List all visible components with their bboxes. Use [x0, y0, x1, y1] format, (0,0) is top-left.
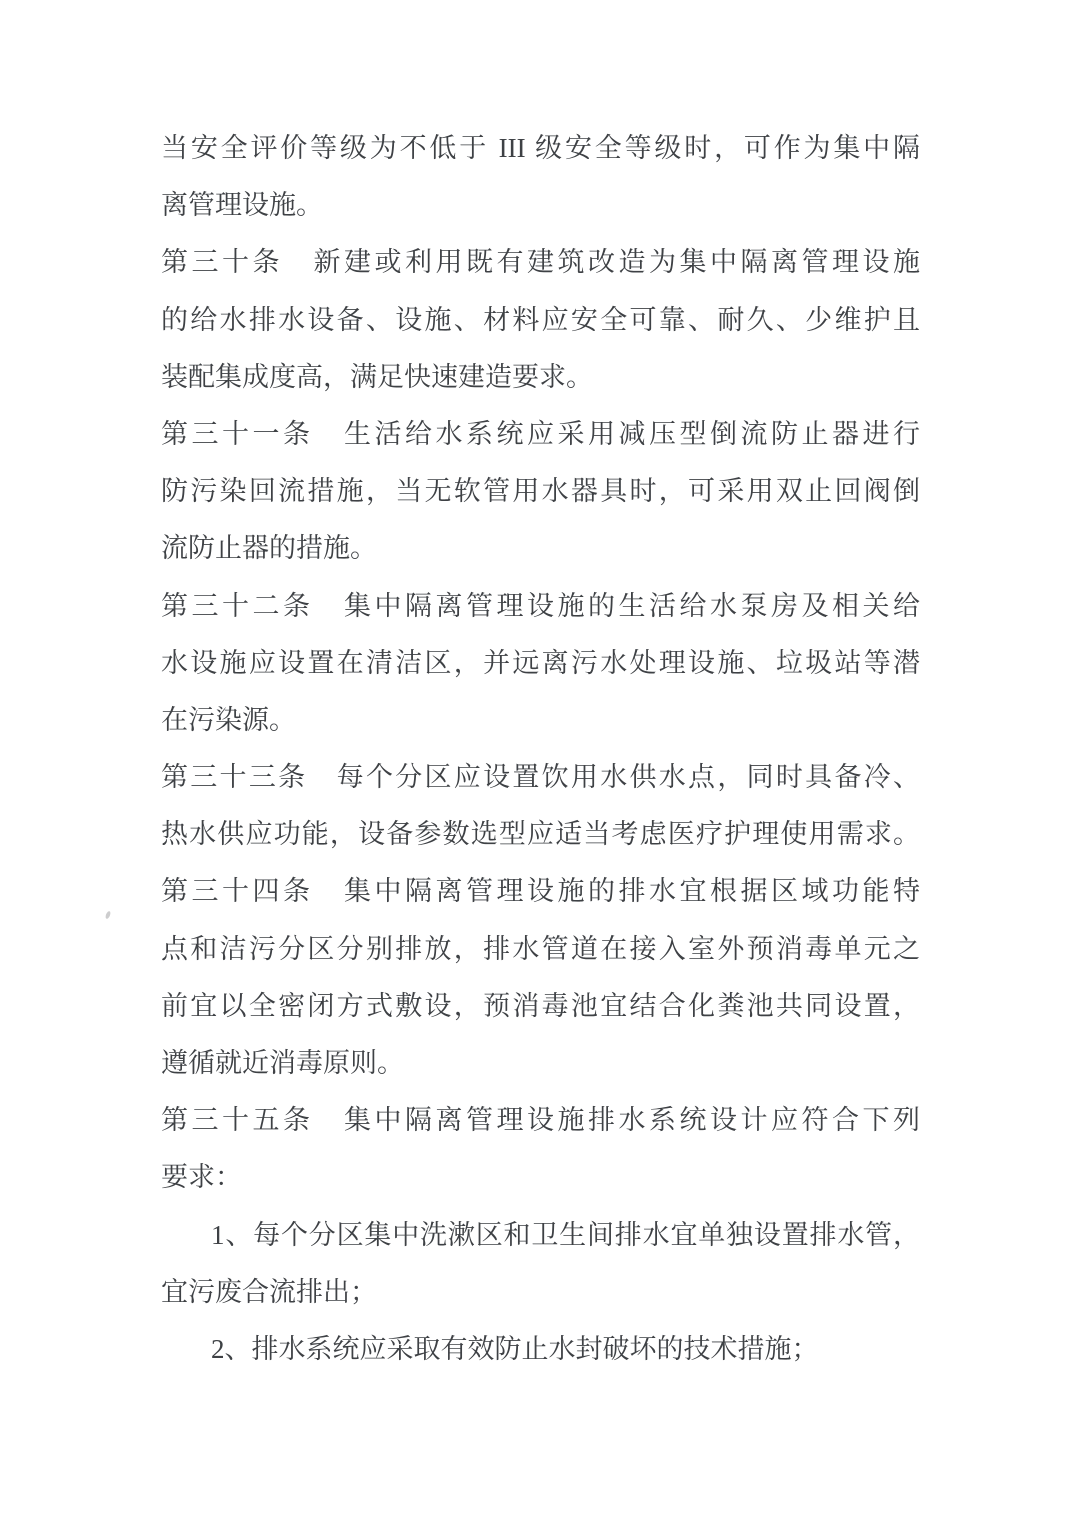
text-line: 装配集成度高，满足快速建造要求。 — [161, 349, 920, 406]
text-line: 第三十一条 生活给水系统应采用减压型倒流防止器进行 — [161, 406, 920, 463]
text-line: 第三十五条 集中隔离管理设施排水系统设计应符合下列 — [161, 1092, 920, 1149]
text-line: 当安全评价等级为不低于 III 级安全等级时，可作为集中隔 — [161, 120, 920, 177]
text-line: 要求： — [161, 1149, 920, 1206]
text-line: 热水供应功能，设备参数选型应适当考虑医疗护理使用需求。 — [161, 806, 920, 863]
document-page: 当安全评价等级为不低于 III 级安全等级时，可作为集中隔离管理设施。第三十条 … — [0, 0, 1080, 1527]
scan-artifact-speck — [105, 911, 112, 920]
text-line: 第三十三条 每个分区应设置饮用水供水点，同时具备冷、 — [161, 749, 920, 806]
text-line: 第三十二条 集中隔离管理设施的生活给水泵房及相关给 — [161, 578, 920, 635]
text-line: 的给水排水设备、设施、材料应安全可靠、耐久、少维护且 — [161, 292, 920, 349]
text-line: 点和洁污分区分别排放，排水管道在接入室外预消毒单元之 — [161, 921, 920, 978]
text-line: 在污染源。 — [161, 692, 920, 749]
text-line: 防污染回流措施，当无软管用水器具时，可采用双止回阀倒 — [161, 463, 920, 520]
text-line: 2、排水系统应采取有效防止水封破坏的技术措施； — [161, 1321, 920, 1378]
text-line: 第三十四条 集中隔离管理设施的排水宜根据区域功能特 — [161, 863, 920, 920]
text-line: 宜污废合流排出； — [161, 1264, 920, 1321]
text-line: 水设施应设置在清洁区，并远离污水处理设施、垃圾站等潜 — [161, 635, 920, 692]
text-line: 前宜以全密闭方式敷设，预消毒池宜结合化粪池共同设置， — [161, 978, 920, 1035]
text-line: 离管理设施。 — [161, 177, 920, 234]
text-line: 流防止器的措施。 — [161, 520, 920, 577]
text-line: 1、每个分区集中洗漱区和卫生间排水宜单独设置排水管， — [161, 1207, 920, 1264]
text-line: 遵循就近消毒原则。 — [161, 1035, 920, 1092]
text-line: 第三十条 新建或利用既有建筑改造为集中隔离管理设施 — [161, 234, 920, 291]
document-body: 当安全评价等级为不低于 III 级安全等级时，可作为集中隔离管理设施。第三十条 … — [161, 120, 920, 1378]
